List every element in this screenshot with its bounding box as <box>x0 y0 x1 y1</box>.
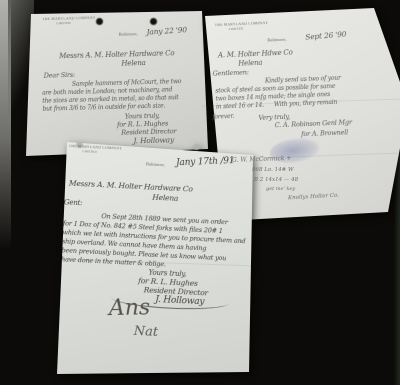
recipient-line: Helena <box>238 59 262 68</box>
body-line: forever. <box>212 113 234 121</box>
letterhead-sub: LIMITED <box>229 27 244 31</box>
recipient-line: A. M. Holter Hdwe Co <box>218 48 293 59</box>
recipient-line: Messrs A. M. Holter Hardware Co <box>69 179 193 194</box>
body-line: With you, they remain <box>274 99 337 109</box>
dateline-printed: Baltimore, <box>267 38 286 43</box>
recipient-line: Helena <box>121 59 145 68</box>
letterhead: THE MARYLAND COMPANY <box>215 21 269 27</box>
pencil-note-nat: Nat <box>133 324 158 340</box>
dateline-printed: Baltimore, <box>119 32 138 37</box>
photo-of-letters: THE MARYLAND COMPANY LIMITED Baltimore, … <box>0 0 400 385</box>
salutation: Dear Sirs: <box>44 71 75 80</box>
body-line: in steel 16 or 14. <box>216 102 264 111</box>
pencil-note-ans: Ans <box>109 295 151 321</box>
letter-top-left: THE MARYLAND COMPANY LIMITED Baltimore, … <box>24 9 210 157</box>
letterhead-sub: LIMITED <box>56 22 71 25</box>
salutation: Gentlemen: <box>212 68 248 77</box>
date: Jany 17th /91 <box>176 156 235 168</box>
ink-stamp <box>268 135 321 166</box>
signature-line: C. A. Robinson Genl Mgr <box>275 118 352 129</box>
letter-top-left-content: THE MARYLAND COMPANY LIMITED Baltimore, … <box>30 6 210 157</box>
letter-bottom: THE MARYLAND COMPANY LIMITED Baltimore, … <box>55 140 255 376</box>
letter-bottom-content: THE MARYLAND COMPANY LIMITED Baltimore, … <box>48 140 253 381</box>
date: Sept 26 '90 <box>305 30 347 42</box>
recipient-line: Helena <box>152 193 178 203</box>
letterhead: THE MARYLAND COMPANY <box>42 16 96 21</box>
letterhead-sub: LIMITED <box>82 150 97 154</box>
dateline-printed: Baltimore, <box>146 162 165 167</box>
salutation: Gent: <box>64 198 83 207</box>
date: Jany 22 '90 <box>146 25 187 36</box>
signature-line: for A. Brownell <box>301 128 348 138</box>
recipient-line: Messrs A. M. Holter Hardware Co <box>59 49 174 60</box>
